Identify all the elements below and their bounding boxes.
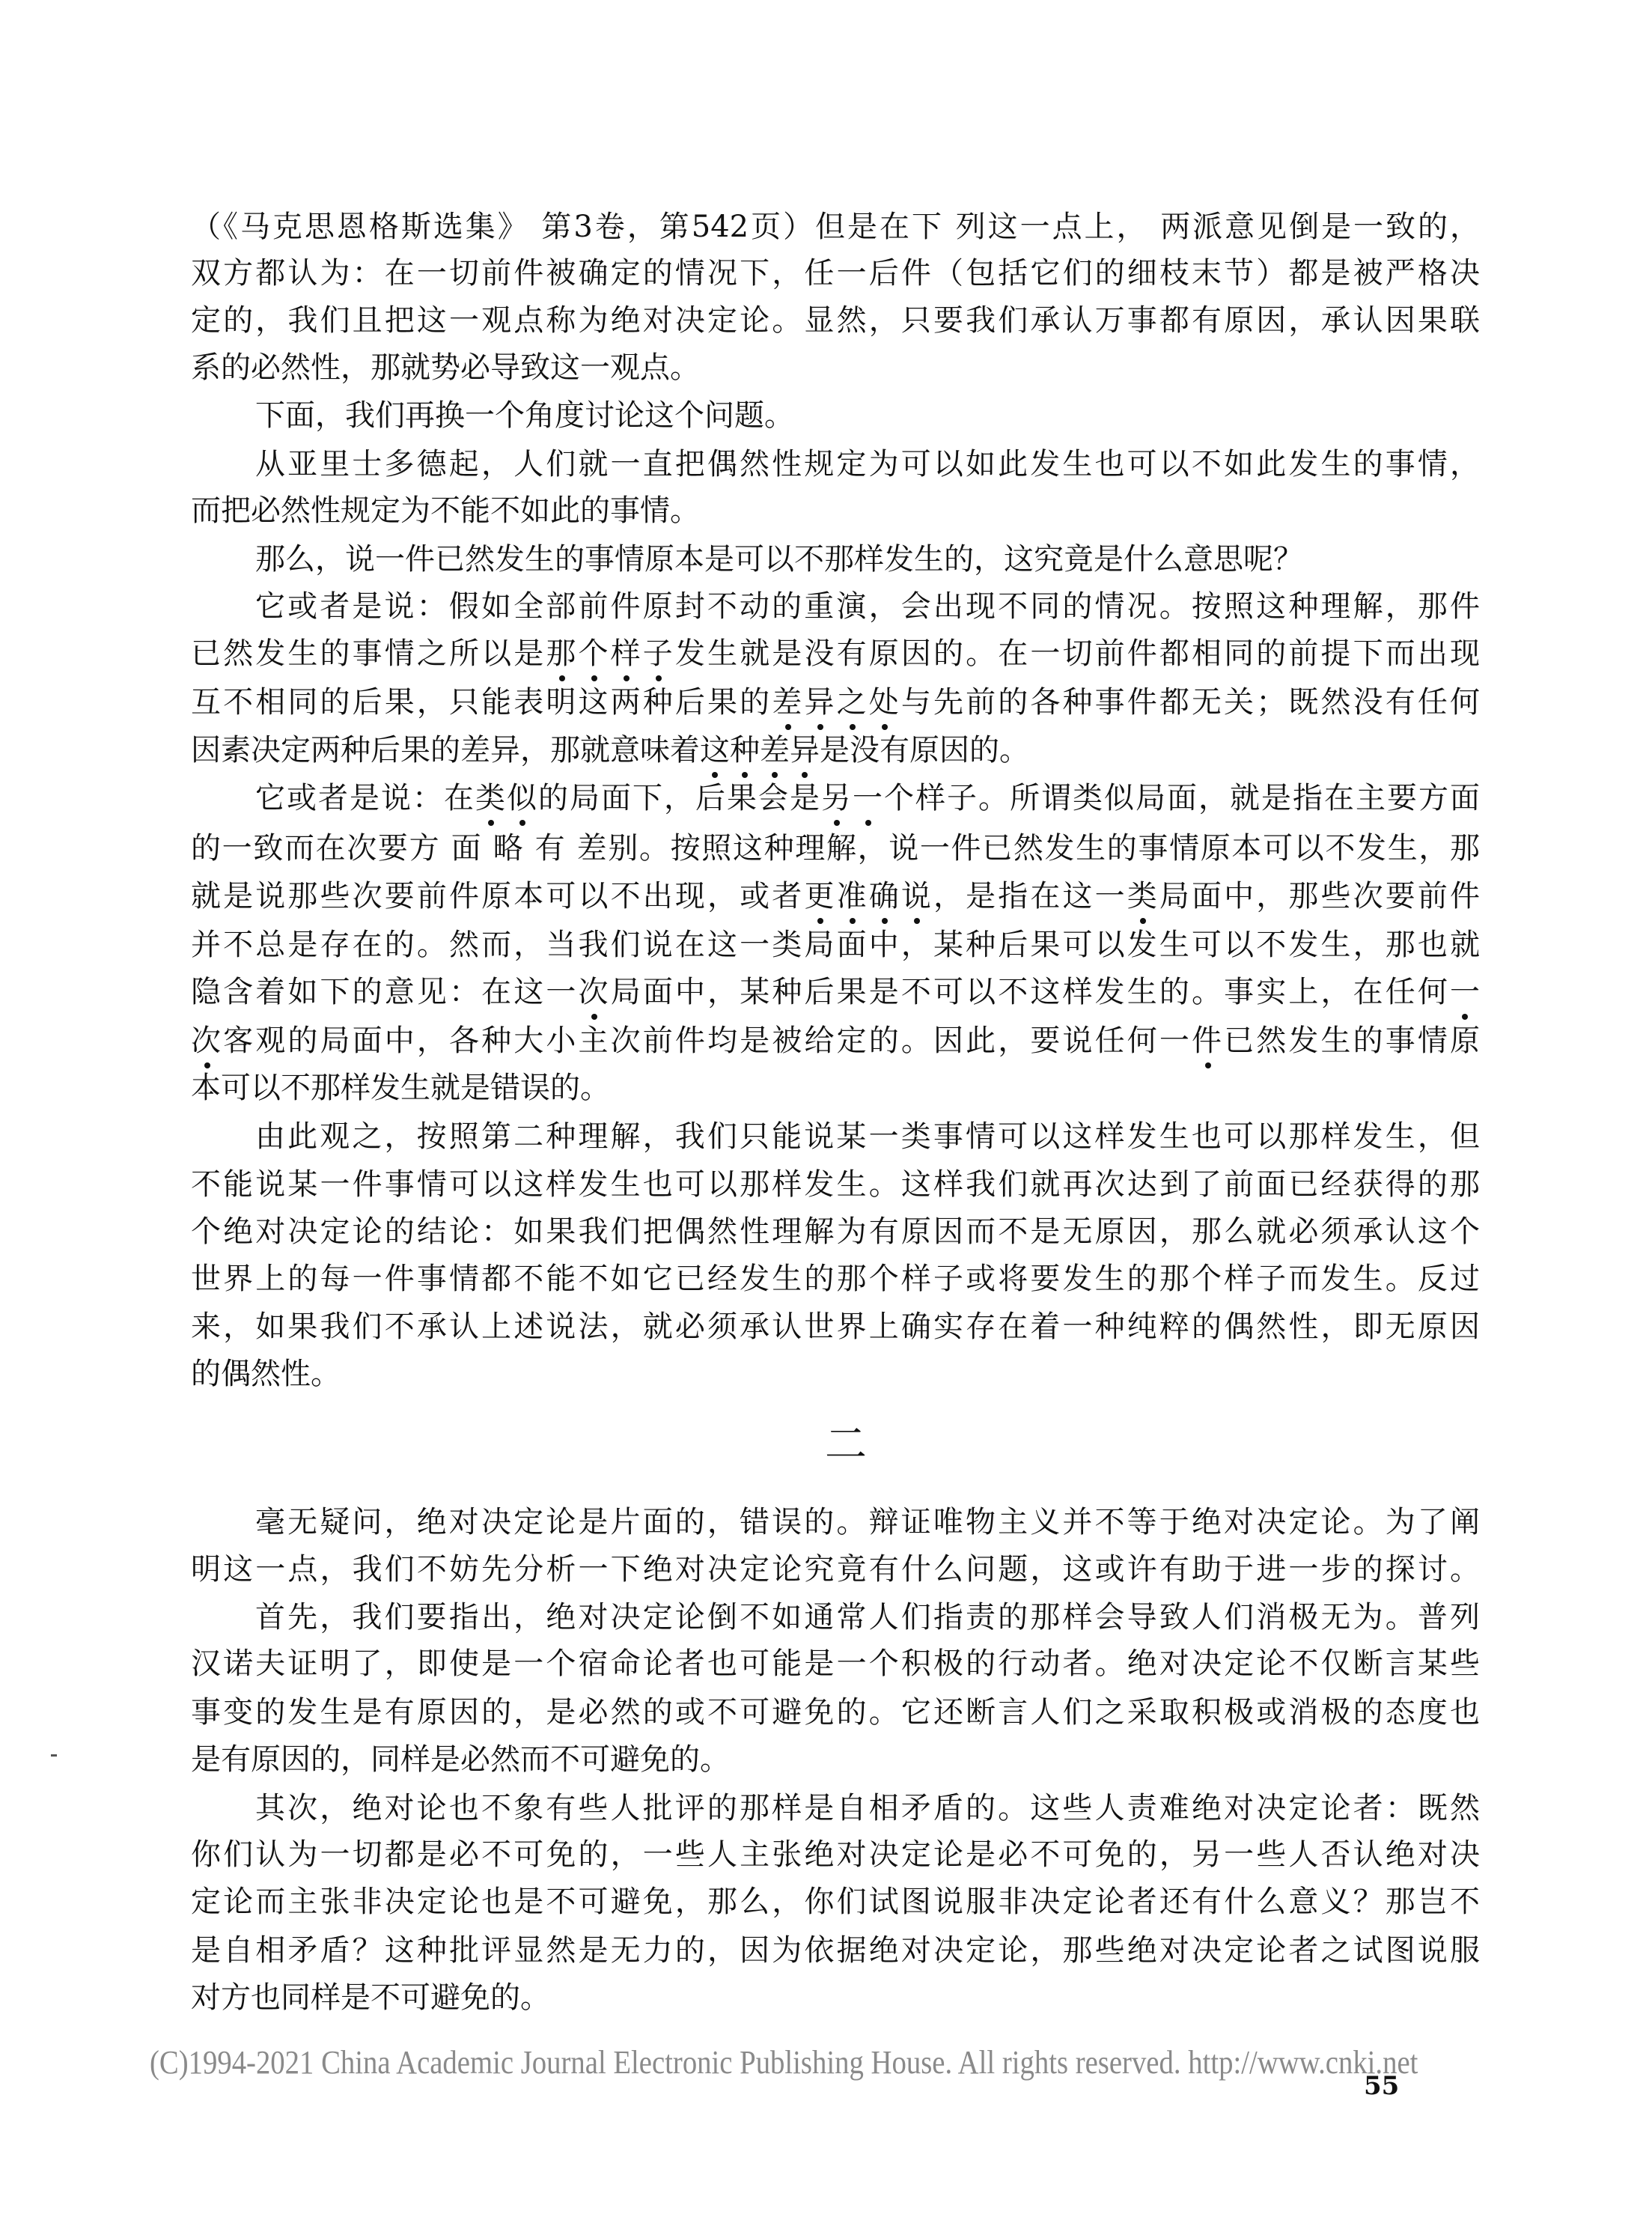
copyright-notice: (C)1994-2021 China Academic Journal Elec… (150, 2044, 1460, 2081)
text-line: 定的，我们且把这一观点称为绝对决定论。显然，只要我们承认万事都有原因，承认因果联 (191, 302, 1480, 339)
emphasis-dots-icon (1450, 1014, 1480, 1021)
emphasis-text: 更准确说 (804, 879, 933, 913)
emphasis-text: 那个样子 (546, 636, 675, 671)
text-line: 互不相同的后果，只能表明这两种后果的差异之处与先前的各种事件都无关；既然没有任何 (191, 684, 1480, 721)
text-line: 毫无疑问，绝对决定论是片面的，错误的。辩证唯物主义并不等于绝对决定论。为了阐 (255, 1503, 1480, 1541)
emphasis-dots-icon (475, 820, 538, 827)
text-line: 来，如果我们不承认上述说法，就必须承认世界上确实存在着一种纯粹的偶然性，即无原因 (191, 1308, 1480, 1345)
emphasis-text: 这种差异 (700, 733, 820, 767)
text-line: 其次，绝对论也不象有些人批评的那样是自相矛盾的。这些人责难绝对决定论者：既然 (255, 1789, 1480, 1827)
text-line: 本可以不那样发生就是错误的。 (191, 1069, 1480, 1107)
emphasis-text: 一 (1450, 975, 1480, 1009)
emphasis-text: 次 (579, 975, 611, 1009)
text-line: 因素决定两种后果的差异，那就意味着这种差异是没有原因的。 (191, 732, 1480, 769)
page-number: 55 (1364, 2073, 1399, 2099)
document-page: （《马克思恩格斯选集》 第3卷，第542页）但是在下 列这一点上， 两派意见倒是… (0, 0, 1652, 2226)
emphasis-text: 差异之处 (772, 685, 901, 720)
emphasis-dots-icon (1127, 918, 1159, 925)
emphasis-text: 另一 (821, 781, 884, 815)
text-line: 是自相矛盾？这种批评显然是无力的，因为依据绝对决定论，那些绝对决定论者之试图说服 (191, 1932, 1480, 1969)
text-line: （《马克思恩格斯选集》 第3卷，第542页）但是在下 列这一点上， 两派意见倒是… (191, 208, 1480, 246)
text-line: 世界上的每一件事情都不能不如它已经发生的那个样子或将要发生的那个样子而发生。反过 (191, 1260, 1480, 1298)
emphasis-text: 件 (1192, 1024, 1224, 1058)
emphasis-dots-icon (579, 1014, 611, 1021)
text-line: 而把必然性规定为不能不如此的事情。 (191, 492, 1480, 529)
text-line: 系的必然性，那就势必导致这一观点。 (191, 349, 1480, 386)
text-line: 并不总是存在的。然而，当我们说在这一类局面中，某种后果可以发生可以不发生，那也就 (191, 926, 1480, 964)
text-line: 那么，说一件已然发生的事情原本是可以不那样发生的，这究竟是什么意思呢？ (255, 541, 1480, 578)
text-line: 次客观的局面中，各种大小主次前件均是被给定的。因此，要说任何一件已然发生的事情原 (191, 1022, 1480, 1059)
text-line: 事变的发生是有原因的，是必然的或不可避免的。它还断言人们之采取积极或消极的态度也 (191, 1694, 1480, 1731)
text-line: 从亚里士多德起，人们就一直把偶然性规定为可以如此发生也可以不如此发生的事情， (255, 445, 1480, 483)
section-heading: 二 (816, 1423, 876, 1468)
text-line: 的偶然性。 (191, 1355, 1480, 1393)
text-line: 它或者是说：假如全部前件原封不动的重演，会出现不同的情况。按照这种理解，那件 (255, 588, 1480, 625)
text-line: 由此观之，按照第二种理解，我们只能说某一类事情可以这样发生也可以那样发生，但 (255, 1118, 1480, 1155)
emphasis-dots-icon (772, 724, 901, 732)
text-line: 下面，我们再换一个角度讨论这个问题。 (255, 397, 1480, 434)
text-line: 是有原因的，同样是必然而不可避免的。 (191, 1741, 1480, 1778)
text-line: 定论而主张非决定论也是不可避免，那么，你们试图说服非决定论者还有什么意义？那岂不 (191, 1883, 1480, 1921)
text-line: 就是说那些次要前件原本可以不出现，或者更准确说，是指在这一类局面中，那些次要前件 (191, 878, 1480, 915)
emphasis-text: 类似 (475, 781, 538, 815)
text-line: 它或者是说：在类似的局面下，后果会是另一个样子。所谓类似局面，就是指在主要方面 (255, 779, 1480, 817)
emphasis-dots-icon (821, 820, 884, 827)
emphasis-text: 次 (191, 1024, 223, 1058)
text-line: 隐含着如下的意见：在这一次局面中，某种后果是不可以不这样发生的。事实上，在任何一 (191, 973, 1480, 1011)
text-line: 首先，我们要指出，绝对决定论倒不如通常人们指责的那样会导致人们消极无为。普列 (255, 1599, 1480, 1636)
text-line: 对方也同样是不可避免的。 (191, 1979, 1480, 2016)
margin-mark (51, 1754, 57, 1757)
text-line: 已然发生的事情之所以是那个样子发生就是没有原因的。在一切前件都相同的前提下而出现 (191, 635, 1480, 672)
text-line: 的一致而在次要方 面 略 有 差别。按照这种理解，说一件已然发生的事情原本可以不… (191, 830, 1480, 867)
emphasis-text: 类 (1127, 879, 1159, 913)
text-line: 个绝对决定论的结论：如果我们把偶然性理解为有原因而不是无原因，那么就必须承认这个 (191, 1213, 1480, 1250)
text-line: 双方都认为：在一切前件被确定的情况下，任一后件（包括它们的细枝末节）都是被严格决 (191, 255, 1480, 292)
emphasis-dots-icon (700, 772, 820, 779)
text-line: 不能说某一件事情可以这样发生也可以那样发生。这样我们就再次达到了前面已经获得的那 (191, 1166, 1480, 1203)
text-line: 汉诺夫证明了，即使是一个宿命论者也可能是一个积极的行动者。绝对决定论不仅断言某些 (191, 1645, 1480, 1682)
text-line: 明这一点，我们不妨先分析一下绝对决定论究竟有什么问题，这或许有助于进一步的探讨。 (191, 1551, 1480, 1588)
text-line: 你们认为一切都是必不可免的，一些人主张绝对决定论是必不可免的，另一些人否认绝对决 (191, 1836, 1480, 1873)
emphasis-dots-icon (804, 918, 933, 925)
emphasis-dots-icon (546, 675, 675, 683)
